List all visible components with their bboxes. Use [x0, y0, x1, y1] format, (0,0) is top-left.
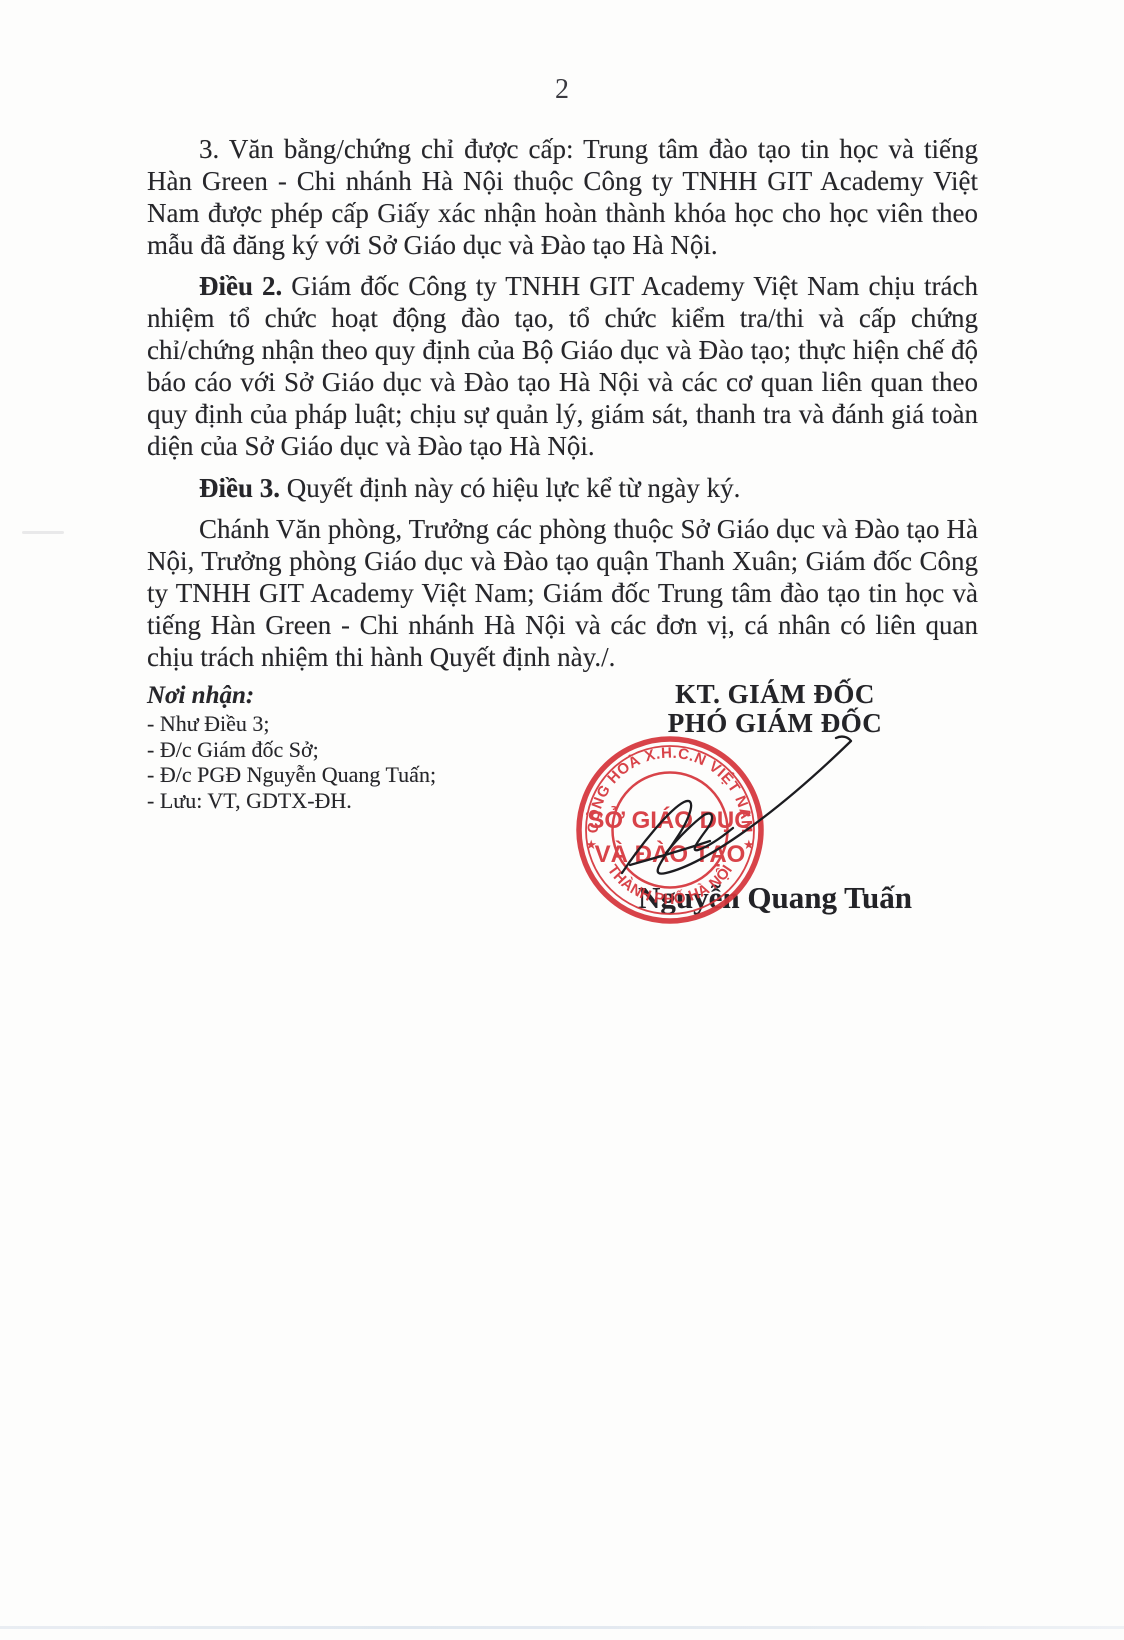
- recipient-item: - Đ/c Giám đốc Sở;: [147, 737, 577, 763]
- paragraph-text: Chánh Văn phòng, Trưởng các phòng thuộc …: [147, 514, 978, 672]
- page-number: 2: [0, 74, 1124, 106]
- paragraph-text: Quyết định này có hiệu lực kể từ ngày ký…: [280, 473, 740, 503]
- article-2-label: Điều 2.: [199, 271, 282, 301]
- scan-artifact-line: [0, 1626, 1124, 1629]
- article-3-label: Điều 3.: [199, 473, 280, 503]
- paragraph-certificate-clause: 3. Văn bằng/chứng chỉ được cấp: Trung tâ…: [147, 133, 978, 261]
- recipient-item: - Đ/c PGĐ Nguyễn Quang Tuấn;: [147, 762, 577, 788]
- paragraph-implementation: Chánh Văn phòng, Trưởng các phòng thuộc …: [147, 513, 978, 673]
- paragraph-text: 3. Văn bằng/chứng chỉ được cấp: Trung tâ…: [147, 134, 978, 260]
- signature-title-line1: KT. GIÁM ĐỐC: [640, 680, 910, 709]
- scan-artifact-dash: [22, 531, 64, 534]
- document-page: 2 3. Văn bằng/chứng chỉ được cấp: Trung …: [0, 0, 1124, 1640]
- recipient-item: - Như Điều 3;: [147, 711, 577, 737]
- paragraph-article-3: Điều 3. Quyết định này có hiệu lực kể từ…: [147, 472, 978, 504]
- paragraph-article-2: Điều 2. Giám đốc Công ty TNHH GIT Academ…: [147, 270, 978, 462]
- recipient-item: - Lưu: VT, GDTX-ĐH.: [147, 788, 577, 814]
- recipients-block: Nơi nhận: - Như Điều 3; - Đ/c Giám đốc S…: [147, 682, 577, 813]
- official-stamp: CỘNG HOÀ X.H.C.N VIỆT NAM THÀNH PHỐ HÀ N…: [579, 739, 761, 921]
- official-stamp-and-signature: CỘNG HOÀ X.H.C.N VIỆT NAM THÀNH PHỐ HÀ N…: [570, 725, 910, 930]
- recipients-heading: Nơi nhận:: [147, 682, 577, 710]
- stamp-center-text-line1: SỞ GIÁO DỤC: [588, 805, 751, 834]
